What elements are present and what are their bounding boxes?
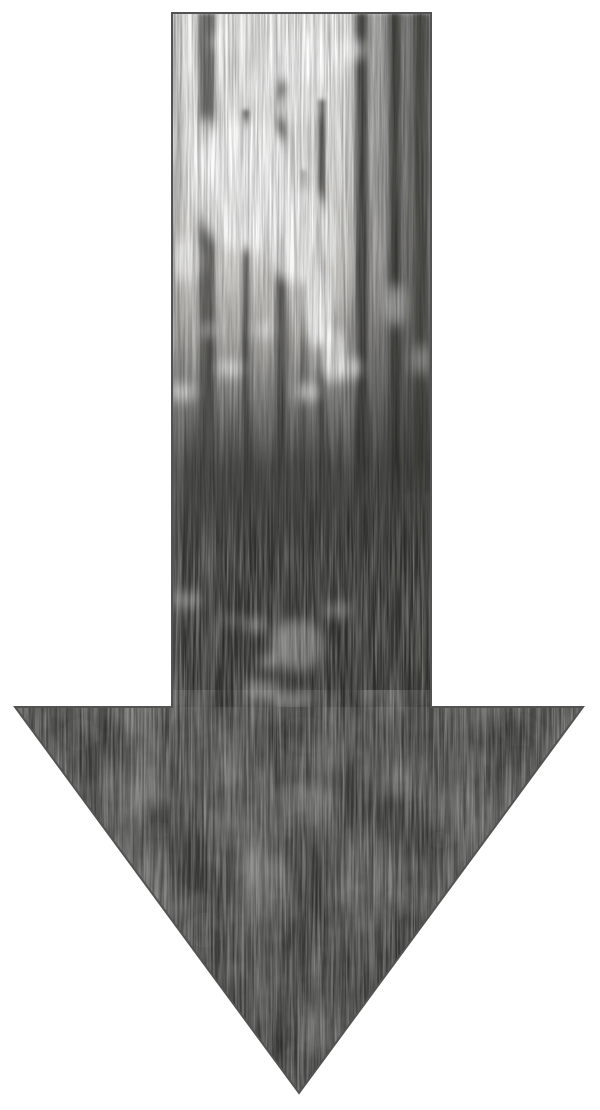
page-background	[0, 0, 600, 1110]
down-arrow-figure	[0, 0, 600, 1110]
down-arrow-graphic	[0, 0, 600, 1110]
